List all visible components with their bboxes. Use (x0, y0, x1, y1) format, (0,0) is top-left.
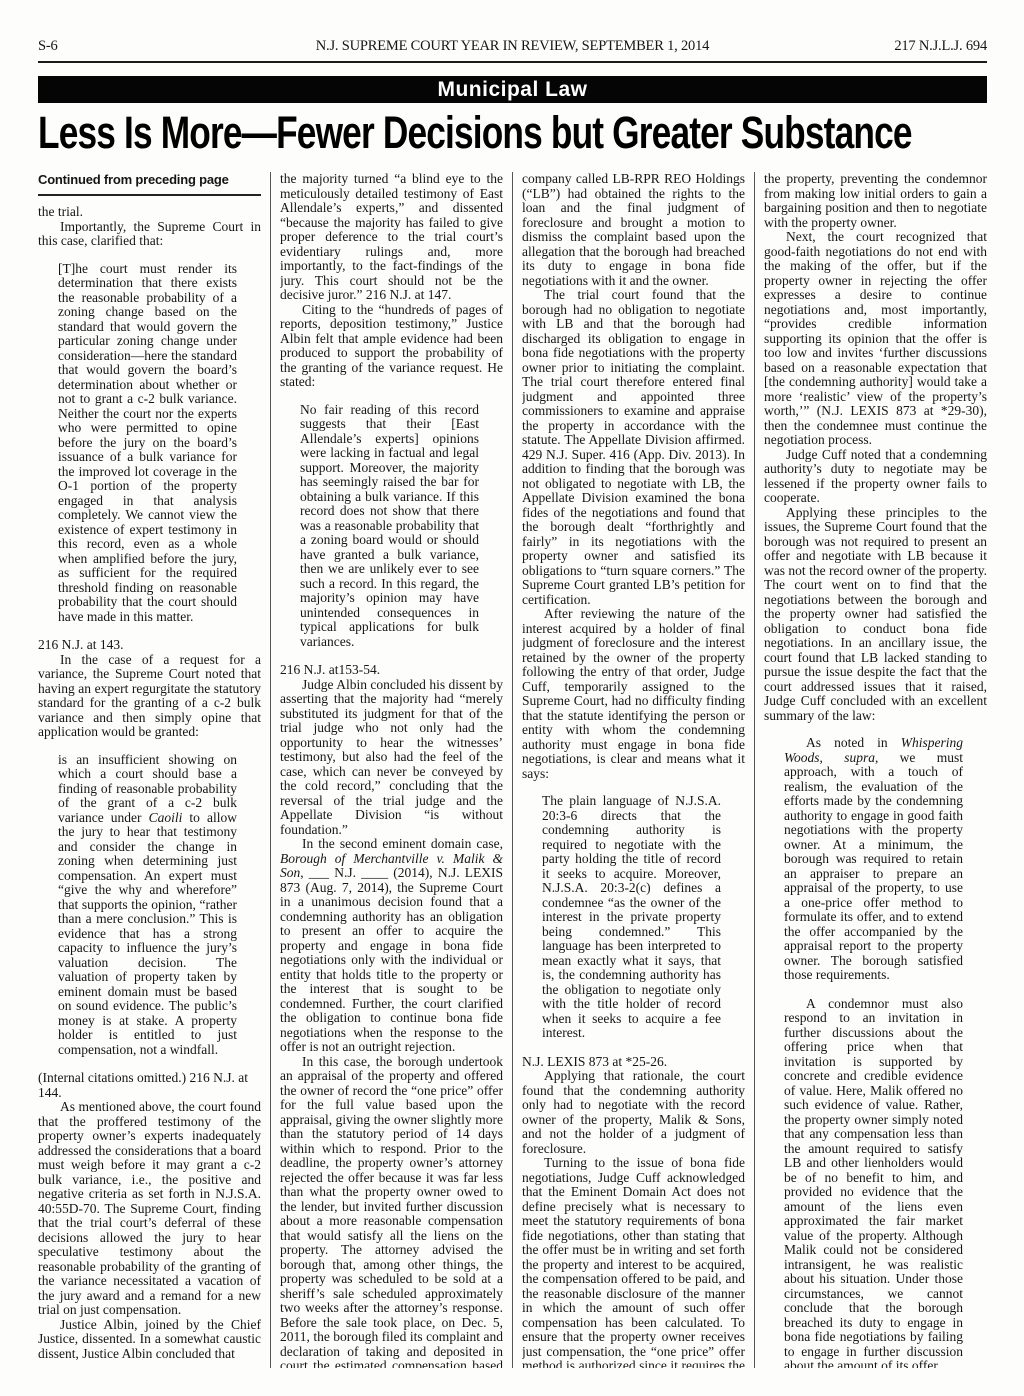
body-paragraph: the majority turned “a blind eye to the … (280, 172, 503, 303)
body-paragraph: In the case of a request for a variance,… (38, 653, 261, 740)
text-column: Continued from preceding page the trial.… (38, 172, 261, 1368)
body-paragraph: In this case, the borough undertook an a… (280, 1055, 503, 1369)
masthead-title: N.J. SUPREME COURT YEAR IN REVIEW, SEPTE… (198, 38, 827, 55)
body-paragraph: Next, the court recognized that good-fai… (764, 230, 987, 448)
body-paragraph: As mentioned above, the court found that… (38, 1100, 261, 1318)
block-quote: No fair reading of this record suggests … (300, 403, 479, 650)
column-rule (512, 172, 513, 1368)
body-paragraph: Judge Cuff noted that a condemning autho… (764, 448, 987, 506)
block-quote: is an insufficient showing on which a co… (58, 753, 237, 1058)
page-number: S-6 (38, 38, 198, 55)
body-paragraph: Justice Albin, joined by the Chief Justi… (38, 1318, 261, 1362)
case-citation: 216 N.J. at153-54. (280, 663, 503, 678)
body-paragraph: Turning to the issue of bona fide negoti… (522, 1156, 745, 1368)
case-citation: N.J. LEXIS 873 at *25-26. (522, 1055, 745, 1070)
body-paragraph: Judge Albin concluded his dissent by ass… (280, 678, 503, 838)
text-column: company called LB-RPR REO Holdings (“LB”… (522, 172, 745, 1368)
body-paragraph: Applying that rationale, the court found… (522, 1069, 745, 1156)
block-quote: As noted in Whispering Woods, supra, we … (784, 736, 963, 983)
text-column: the property, preventing the condemnor f… (764, 172, 987, 1368)
column-rule (754, 172, 755, 1368)
body-paragraph: Citing to the “hundreds of pages of repo… (280, 303, 503, 390)
section-banner: Municipal Law (38, 76, 987, 103)
case-citation: (Internal citations omitted.) 216 N.J. a… (38, 1071, 261, 1100)
headline: Less Is More—Fewer Decisions but Greater… (38, 108, 987, 156)
text-column: the majority turned “a blind eye to the … (280, 172, 503, 1368)
block-quote: A condemnor must also respond to an invi… (784, 997, 963, 1369)
body-paragraph: After reviewing the nature of the intere… (522, 607, 745, 781)
case-citation: 216 N.J. at 143. (38, 638, 261, 653)
body-paragraph: the property, preventing the condemnor f… (764, 172, 987, 230)
body-paragraph: the trial. (38, 205, 261, 220)
block-quote: The plain language of N.J.S.A. 20:3-6 di… (542, 794, 721, 1041)
body-paragraph: Importantly, the Supreme Court in this c… (38, 220, 261, 249)
headline-text: Less Is More—Fewer Decisions but Greater… (38, 108, 912, 158)
block-quote: [T]he court must render its determinatio… (58, 262, 237, 625)
citation-number: 217 N.J.L.J. 694 (827, 38, 987, 55)
body-paragraph: The trial court found that the borough h… (522, 288, 745, 607)
body-paragraph: company called LB-RPR REO Holdings (“LB”… (522, 172, 745, 288)
continued-from-label: Continued from preceding page (38, 172, 261, 196)
article-columns: Continued from preceding page the trial.… (38, 172, 987, 1368)
body-paragraph: In the second eminent domain case, Borou… (280, 837, 503, 1055)
masthead: S-6 N.J. SUPREME COURT YEAR IN REVIEW, S… (38, 38, 987, 63)
body-paragraph: Applying these principles to the issues,… (764, 506, 987, 724)
column-rule (270, 172, 271, 1368)
newspaper-page: S-6 N.J. SUPREME COURT YEAR IN REVIEW, S… (0, 0, 1024, 1396)
